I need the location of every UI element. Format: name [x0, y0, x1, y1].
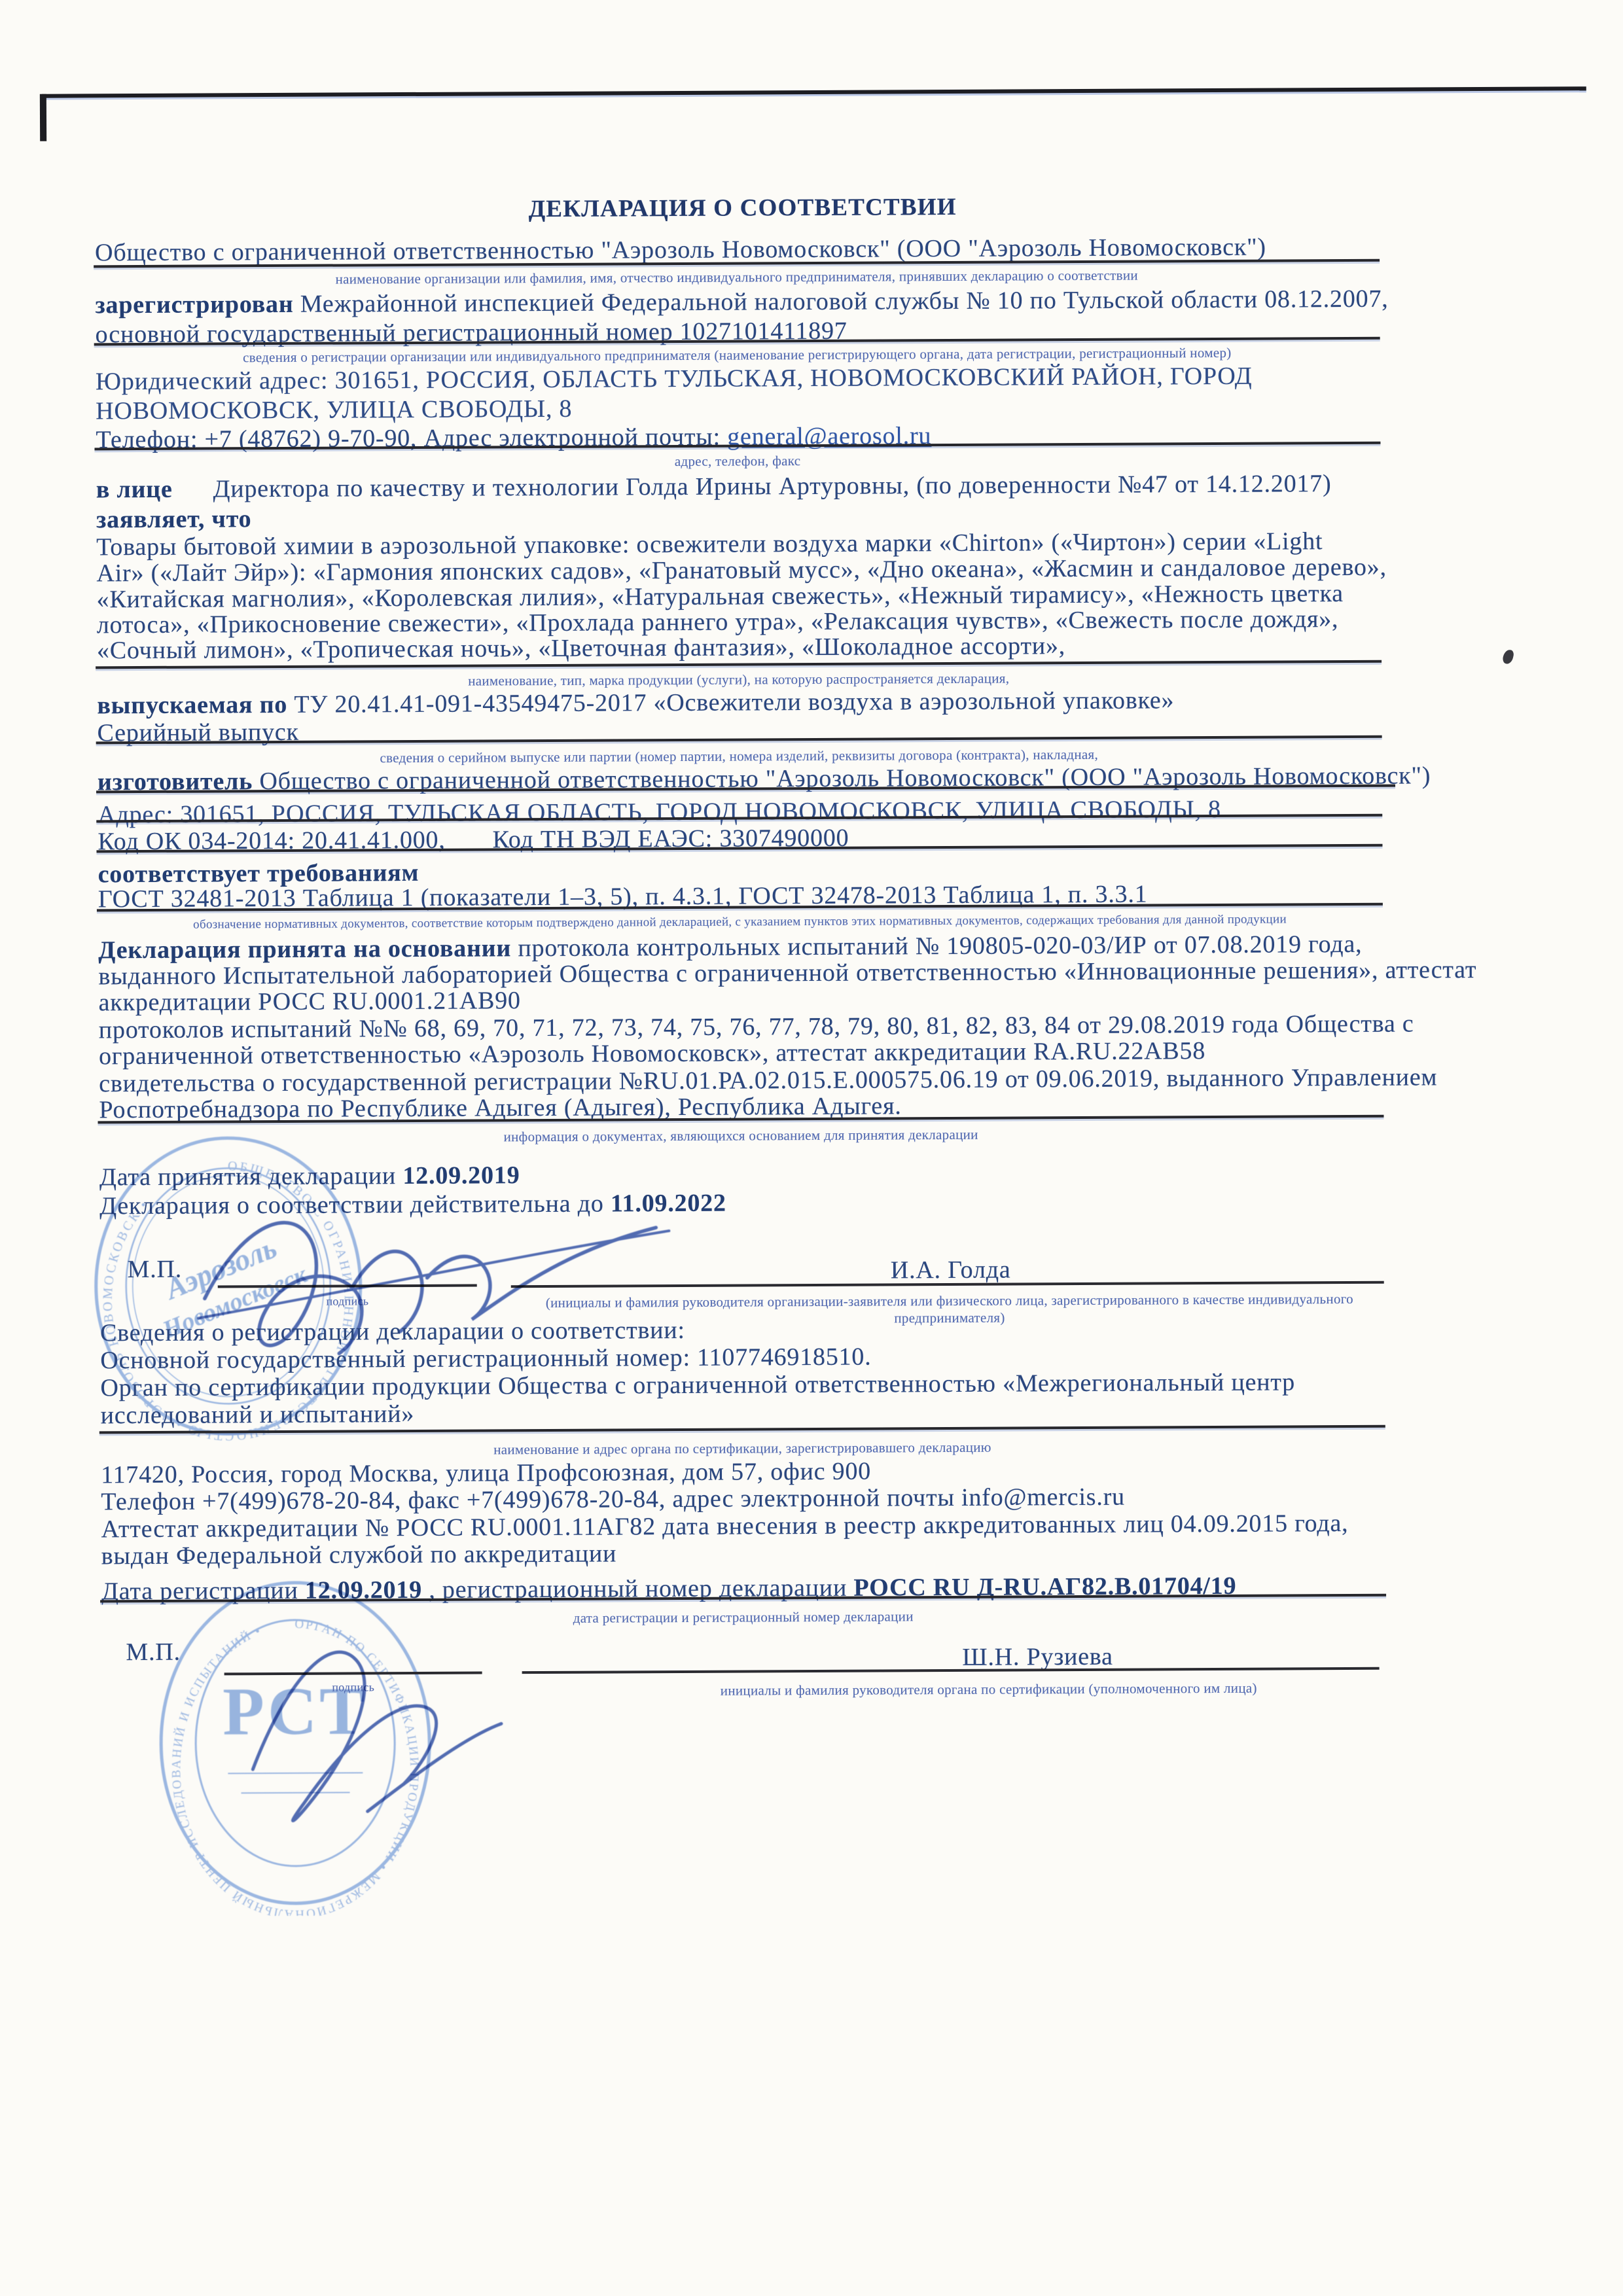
reg-info-line1: Сведения о регистрации декларации о соот… [100, 1316, 685, 1347]
attestat-line2: выдан Федеральной службой по аккредитаци… [101, 1539, 617, 1570]
caption-signatory-2: инициалы и фамилия руководителя органа п… [580, 1679, 1398, 1700]
person-label: в лице [96, 476, 173, 504]
acceptance-date-value: 12.09.2019 [402, 1161, 520, 1190]
basis-line: аккредитации РОСС RU.0001.21АВ90 [99, 986, 521, 1017]
registration-rest: Межрайонной инспекцией Федеральной налог… [293, 285, 1388, 318]
reg-info-line4: исследований и испытаний» [101, 1400, 415, 1430]
document-title: ДЕКЛАРАЦИЯ О СООТВЕТСТВИИ [95, 191, 1391, 226]
reg-info-line3: Орган по сертификации продукции Общества… [100, 1368, 1295, 1402]
handwritten-signature-2 [219, 1611, 522, 1848]
ink-speck [1502, 648, 1515, 665]
product-line: «Сочный лимон», «Тропическая ночь», «Цве… [97, 631, 1065, 665]
signatory-name-2: Ш.Н. Рузиева [893, 1642, 1181, 1672]
legal-address-line2: НОВОМОСКОВСК, УЛИЦА СВОБОДЫ, 8 [96, 395, 572, 426]
person-value: Директора по качеству и технологии Голда… [213, 470, 1331, 503]
person-line: в лицеДиректора по качеству и технологии… [96, 469, 1332, 504]
scan-tilt-wrapper: ДЕКЛАРАЦИЯ О СООТВЕТСТВИИ Общество с огр… [0, 0, 1623, 2296]
scanned-declaration-page: ДЕКЛАРАЦИЯ О СООТВЕТСТВИИ Общество с огр… [0, 0, 1623, 2296]
signatory-name-1: И.А. Голда [807, 1255, 1095, 1285]
tu-label: выпускаемая по [97, 691, 287, 719]
basis-label: Декларация принята на основании [98, 934, 511, 964]
tu-line: выпускаемая по ТУ 20.41.41-091-43549475-… [97, 686, 1174, 720]
basis-line: выданного Испытательной лабораторией Общ… [98, 955, 1476, 991]
registration-label: зарегистрирован [95, 291, 293, 319]
attestat-line1: Аттестат аккредитации № РОСС RU.0001.11А… [101, 1509, 1348, 1544]
declares-label: заявляет, что [96, 504, 252, 534]
mp-mark-1: М.П. [128, 1255, 183, 1284]
tu-value: ТУ 20.41.41-091-43549475-2017 «Освежител… [287, 686, 1174, 718]
corner-mark-horizontal [42, 86, 1586, 98]
registration-line1: зарегистрирован Межрайонной инспекцией Ф… [95, 285, 1388, 320]
mp-mark-2: М.П. [126, 1638, 181, 1667]
legal-address-line1: Юридический адрес: 301651, РОССИЯ, ОБЛАС… [96, 362, 1253, 397]
corner-mark-vertical [40, 94, 46, 141]
